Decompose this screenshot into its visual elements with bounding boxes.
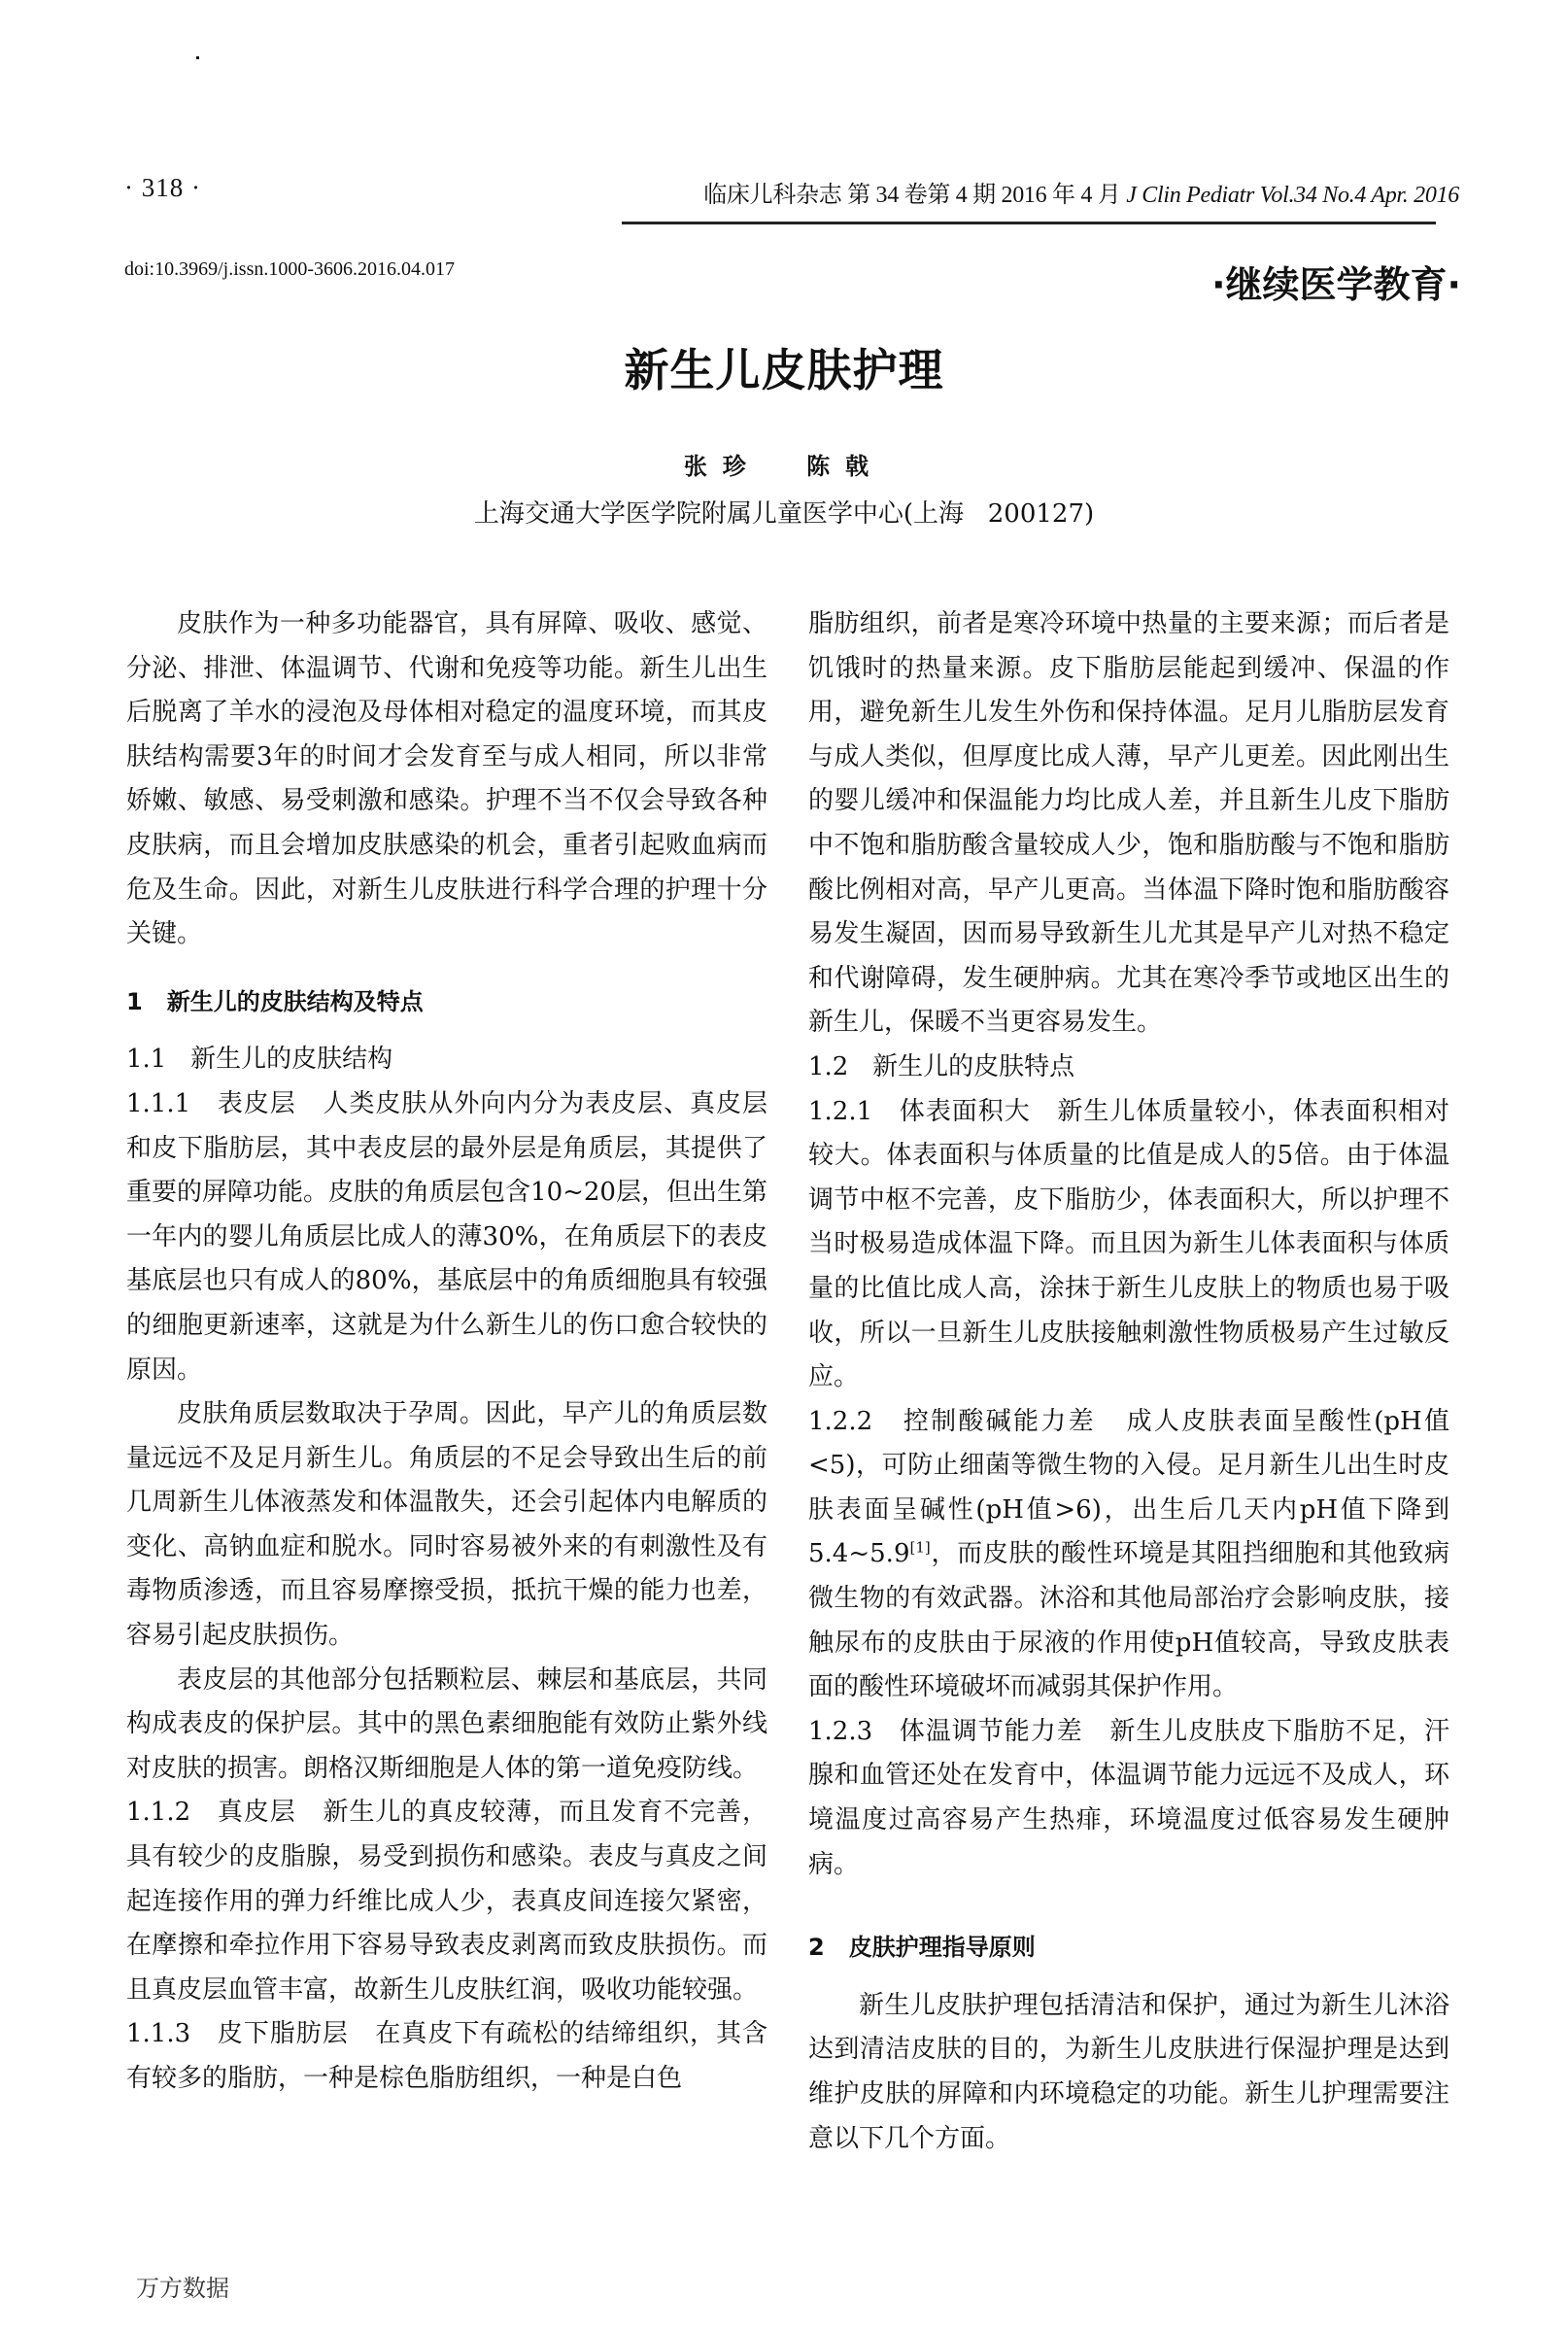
running-head-english: J Clin Pediatr Vol.34 No.4 Apr. 2016 (1126, 183, 1459, 208)
epidermis-other-paragraph: 表皮层的其他部分包括颗粒层、棘层和基底层，共同构成表皮的保护层。其中的黑色素细胞… (126, 1659, 767, 1792)
section-1-2-heading: 1.2 新生儿的皮肤特点 (808, 1046, 1449, 1090)
watermark: 万方数据 (136, 2269, 229, 2303)
section-1-1-2-text: 新生儿的真皮较薄，而且发育不完善，具有较少的皮脂腺，易受到损伤和感染。表皮与真皮… (126, 1798, 767, 2004)
authors: 张珍 陈戟 (0, 447, 1568, 481)
section-1-1-2: 1.1.2 真皮层 新生儿的真皮较薄，而且发育不完善，具有较少的皮脂腺，易受到损… (126, 1791, 767, 2012)
section-1-1-1-label: 1.1.1 表皮层 (126, 1089, 323, 1118)
section-1-2-1-label: 1.2.1 体表面积大 (808, 1097, 1057, 1126)
section-1-1-3-continued: 脂肪组织，前者是寒冷环境中热量的主要来源；而后者是饥饿时的热量来源。皮下脂肪层能… (808, 602, 1449, 1046)
scan-speck (196, 56, 199, 59)
section-1-2-2: 1.2.2 控制酸碱能力差 成人皮肤表面呈酸性(pH值<5)，可防止细菌等微生物… (808, 1400, 1449, 1710)
section-1-heading: 1 新生儿的皮肤结构及特点 (126, 980, 767, 1025)
section-1-1-3: 1.1.3 皮下脂肪层 在真皮下有疏松的结缔组织，其含有较多的脂肪，一种是棕色脂… (126, 2012, 767, 2101)
section-1-2-2-label: 1.2.2 控制酸碱能力差 (808, 1407, 1127, 1436)
section-1-1-3-label: 1.1.3 皮下脂肪层 (126, 2019, 375, 2048)
doi: doi:10.3969/j.issn.1000-3606.2016.04.017 (124, 258, 455, 281)
stratum-paragraph: 皮肤角质层数取决于孕周。因此，早产儿的角质层数量远远不及足月新生儿。角质层的不足… (126, 1392, 767, 1659)
header-rule (622, 222, 1436, 224)
section-1-2-3-label: 1.2.3 体温调节能力差 (808, 1717, 1109, 1746)
intro-paragraph: 皮肤作为一种多功能器官，具有屏障、吸收、感觉、分泌、排泄、体温调节、代谢和免疫等… (126, 602, 767, 957)
section-1-1-2-label: 1.1.2 真皮层 (126, 1798, 323, 1827)
section-1-2-1: 1.2.1 体表面积大 新生儿体质量较小，体表面积相对较大。体表面积与体质量的比… (808, 1090, 1449, 1400)
running-head-chinese: 临床儿科杂志 第 34 卷第 4 期 2016 年 4 月 (703, 183, 1126, 208)
column-label: ·继续医学教育· (1211, 255, 1461, 308)
section-1-1-1-text: 人类皮肤从外向内分为表皮层、真皮层和皮下脂肪层，其中表皮层的最外层是角质层，其提… (126, 1089, 767, 1385)
section-2-paragraph: 新生儿皮肤护理包括清洁和保护，通过为新生儿沐浴达到清洁皮肤的目的，为新生儿皮肤进… (808, 1984, 1449, 2161)
section-1-2-1-text: 新生儿体质量较小，体表面积相对较大。体表面积与体质量的比值是成人的5倍。由于体温… (808, 1097, 1449, 1392)
section-1-2-3: 1.2.3 体温调节能力差 新生儿皮肤皮下脂肪不足，汗腺和血管还处在发育中，体温… (808, 1710, 1449, 1887)
affiliation: 上海交通大学医学院附属儿童医学中心(上海 200127) (0, 494, 1568, 530)
section-1-1-1: 1.1.1 表皮层 人类皮肤从外向内分为表皮层、真皮层和皮下脂肪层，其中表皮层的… (126, 1082, 767, 1392)
page-number: · 318 · (124, 173, 201, 203)
right-column: 脂肪组织，前者是寒冷环境中热量的主要来源；而后者是饥饿时的热量来源。皮下脂肪层能… (808, 602, 1449, 2161)
running-head: 临床儿科杂志 第 34 卷第 4 期 2016 年 4 月 J Clin Ped… (703, 175, 1459, 209)
left-column: 皮肤作为一种多功能器官，具有屏障、吸收、感觉、分泌、排泄、体温调节、代谢和免疫等… (126, 602, 767, 2102)
citation-ref[interactable]: [1] (909, 1539, 930, 1557)
section-2-heading: 2 皮肤护理指导原则 (808, 1926, 1449, 1971)
section-1-1-heading: 1.1 新生儿的皮肤结构 (126, 1038, 767, 1082)
article-title: 新生儿皮肤护理 (0, 335, 1568, 399)
